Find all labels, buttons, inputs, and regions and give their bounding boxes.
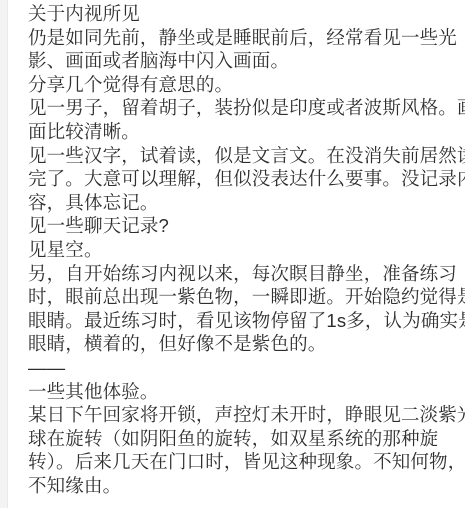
text-line: 见星空。 <box>28 238 460 262</box>
document-body: 仍是如同先前，静坐或是睡眠前后，经常看见一些光影、画面或者脑海中闪入画面。分享几… <box>28 26 460 498</box>
page: 关于内视所见 仍是如同先前，静坐或是睡眠前后，经常看见一些光影、画面或者脑海中闪… <box>0 0 465 508</box>
text-line: 时，眼前总出现一紫色物，一瞬即逝。开始隐约觉得是 <box>28 285 460 309</box>
text-line: 见一些聊天记录? <box>28 214 460 238</box>
document-title: 关于内视所见 <box>28 2 460 26</box>
text-line: 不知缘由。 <box>28 474 460 498</box>
text-line: 眼睛，横着的，但好像不是紫色的。 <box>28 332 460 356</box>
text-line: 另，自开始练习内视以来，每次瞑目静坐，准备练习 <box>28 262 460 286</box>
text-line: 见一些汉字，试着读，似是文言文。在没消失前居然读 <box>28 144 460 168</box>
text-line: 容，具体忘记。 <box>28 191 460 215</box>
text-line: 面比较清晰。 <box>28 120 460 144</box>
text-line: 仍是如同先前，静坐或是睡眠前后，经常看见一些光 <box>28 26 460 50</box>
text-line: 完了。大意可以理解，但似没表达什么要事。没记录内 <box>28 167 460 191</box>
text-line: 一些其他体验。 <box>28 380 460 404</box>
text-line: 分享几个觉得有意思的。 <box>28 73 460 97</box>
text-line: 见一男子，留着胡子，装扮似是印度或者波斯风格。画 <box>28 96 460 120</box>
text-line: 某日下午回家将开锁，声控灯未开时，睁眼见二淡紫光 <box>28 403 460 427</box>
document-text: 关于内视所见 仍是如同先前，静坐或是睡眠前后，经常看见一些光影、画面或者脑海中闪… <box>28 2 460 497</box>
text-line: —— <box>28 356 460 380</box>
text-line: 球在旋转（如阴阳鱼的旋转，如双星系统的那种旋 <box>28 427 460 451</box>
left-gutter-strip <box>0 0 8 508</box>
text-line: 影、画面或者脑海中闪入画面。 <box>28 49 460 73</box>
text-line: 转）。后来几天在门口时，皆见这种现象。不知何物， <box>28 450 460 474</box>
text-line: 眼睛。最近练习时，看见该物停留了1s多，认为确实是 <box>28 309 460 333</box>
